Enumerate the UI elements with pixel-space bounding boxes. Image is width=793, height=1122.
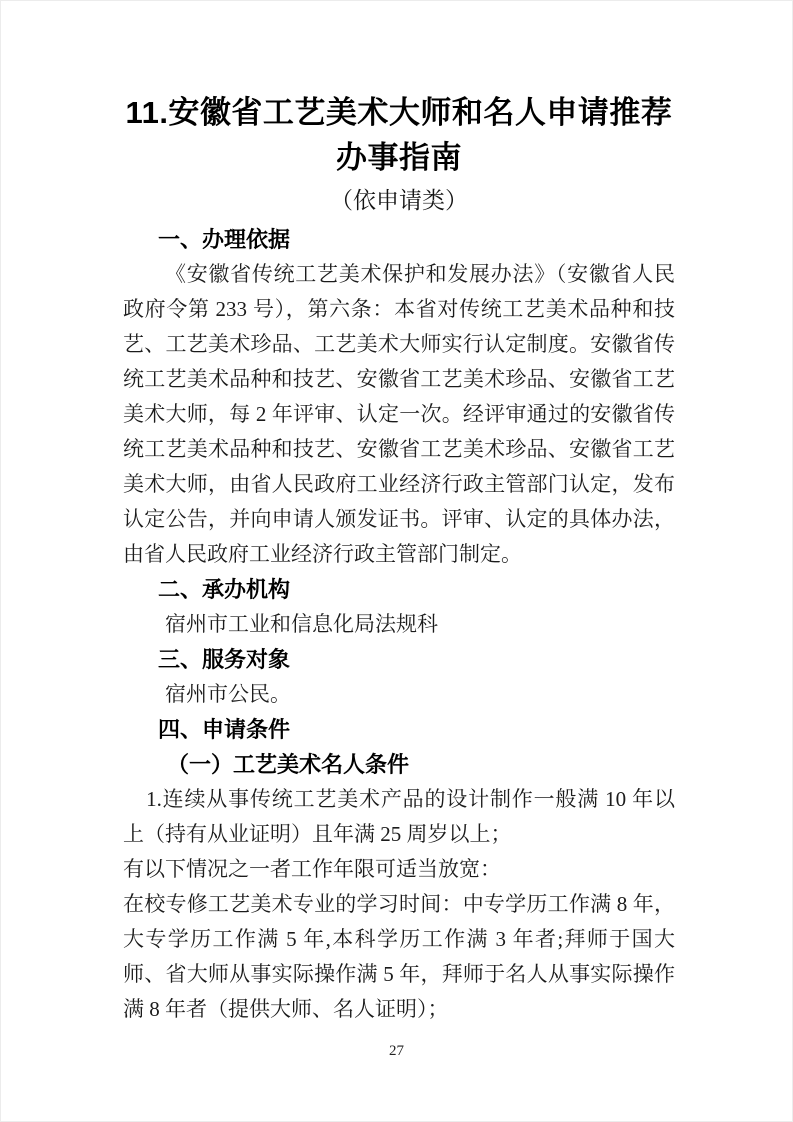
paragraph: 宿州市工业和信息化局法规科: [123, 607, 675, 642]
section-heading: 四、申请条件: [123, 712, 675, 747]
doc-subtitle: （依申请类）: [123, 186, 675, 216]
paragraph: 有以下情况之一者工作年限可适当放宽：: [123, 852, 675, 887]
paragraph: 《安徽省传统工艺美术保护和发展办法》（安徽省人民政府令第 233 号），第六条：…: [123, 257, 675, 572]
section-heading: （一）工艺美术名人条件: [123, 747, 675, 782]
document-sections: 一、办理依据《安徽省传统工艺美术保护和发展办法》（安徽省人民政府令第 233 号…: [123, 222, 675, 1027]
doc-title-line1: 11.安徽省工艺美术大师和名人申请推荐: [123, 90, 675, 135]
page-title: 11.安徽省工艺美术大师和名人申请推荐 办事指南: [123, 90, 675, 180]
doc-title-line2: 办事指南: [123, 135, 675, 180]
section-heading: 三、服务对象: [123, 642, 675, 677]
paragraph: 宿州市公民。: [123, 677, 675, 712]
document-content: 11.安徽省工艺美术大师和名人申请推荐 办事指南 （依申请类） 一、办理依据《安…: [0, 0, 793, 1027]
document-page: 11.安徽省工艺美术大师和名人申请推荐 办事指南 （依申请类） 一、办理依据《安…: [0, 0, 793, 1122]
paragraph: 1.连续从事传统工艺美术产品的设计制作一般满 10 年以上（持有从业证明）且年满…: [123, 782, 675, 852]
page-number: 27: [0, 1042, 793, 1060]
paragraph: 在校专修工艺美术专业的学习时间：中专学历工作满 8 年，大专学历工作满 5 年,…: [123, 887, 675, 1027]
section-heading: 一、办理依据: [123, 222, 675, 257]
section-heading: 二、承办机构: [123, 572, 675, 607]
